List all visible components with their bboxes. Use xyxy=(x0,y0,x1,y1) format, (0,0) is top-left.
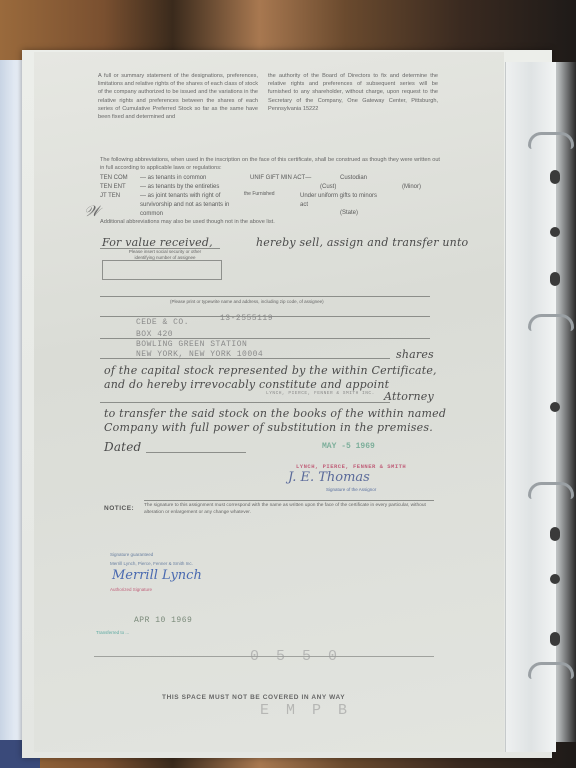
minor-label: (Minor) xyxy=(402,183,421,192)
abbr-code: TEN ENT xyxy=(100,183,126,192)
cust-label: (Cust) xyxy=(320,183,336,192)
hereby-sell-text: hereby sell, assign and transfer unto xyxy=(256,236,468,249)
transfer-text: to transfer the said stock on the books … xyxy=(104,407,446,420)
notice-label: NOTICE: xyxy=(104,505,134,512)
lower-date-stamp: APR 10 1969 xyxy=(134,616,192,625)
punch-hole xyxy=(550,527,560,541)
rights-statement-right: the authority of the Board of Directors … xyxy=(268,72,438,113)
state-label: (State) xyxy=(340,209,358,218)
punch-hole xyxy=(550,402,560,412)
attorney-stamp: LYNCH, PIERCE, FENNER & SMITH INC. xyxy=(266,391,375,396)
assignee-name: CEDE & CO. xyxy=(136,318,189,327)
rule xyxy=(100,358,390,359)
appoint-text: and do hereby irrevocably constitute and… xyxy=(104,378,389,391)
rule xyxy=(100,402,390,403)
date-stamp: MAY -5 1969 xyxy=(322,442,375,451)
perforation-letters: E M P B xyxy=(260,702,351,719)
rights-statement-left: A full or summary statement of the desig… xyxy=(98,72,258,121)
act-label: act xyxy=(300,201,308,210)
rule xyxy=(144,500,434,501)
punch-hole xyxy=(550,170,560,184)
abbr-code: JT TEN xyxy=(100,192,120,201)
binder-ring xyxy=(528,662,574,679)
perforation-numbers: 0 5 5 0 xyxy=(250,648,341,665)
binder-ring xyxy=(528,314,574,331)
punch-hole xyxy=(550,632,560,646)
stock-certificate-back: A full or summary statement of the desig… xyxy=(34,52,504,752)
abbr-meaning: — as tenants by the entireties xyxy=(140,183,219,192)
dated-label: Dated xyxy=(104,440,141,454)
abbr-meaning: — as joint tenants with right of survivo… xyxy=(140,192,240,219)
ssn-caption: Please insert social security or other i… xyxy=(120,249,210,260)
assignee-tax-id: 13-2555119 xyxy=(220,314,273,323)
guarantee-line: Signature guaranteed xyxy=(110,552,210,558)
assignor-signature: J. E. Thomas xyxy=(288,470,370,485)
guarantee-line: Authorized Signature xyxy=(110,586,152,594)
abbr-code: TEN COM xyxy=(100,174,128,183)
binder-rings xyxy=(505,62,556,752)
guarantor-signature: Merrill Lynch xyxy=(112,568,202,583)
punch-hole xyxy=(550,227,560,237)
signature-stamp: LYNCH, PIERCE, FENNER & SMITH xyxy=(296,463,406,470)
attorney-word: Attorney xyxy=(384,390,434,403)
rule xyxy=(100,338,430,339)
abbr-meaning: — as tenants in common xyxy=(140,174,206,183)
notice-text: The signature to this assignment must co… xyxy=(144,503,436,516)
bottom-caption: THIS SPACE MUST NOT BE COVERED IN ANY WA… xyxy=(162,694,345,701)
rule xyxy=(100,296,430,297)
address-caption: (Please print or typewrite name and addr… xyxy=(170,298,324,306)
signature-caption: Signature of the Assignor xyxy=(326,486,376,494)
furnished-note: the Furnished xyxy=(244,190,275,199)
transfer-stamp-text: Transferred to ... xyxy=(96,630,216,636)
unif-gift-label: UNIF GIFT MIN ACT— xyxy=(250,174,311,183)
company-text: Company with full power of substitution … xyxy=(104,421,433,434)
ssn-field[interactable] xyxy=(102,260,222,280)
rule xyxy=(146,452,246,453)
initials-signature: 𝒲 xyxy=(84,202,100,220)
abbreviations-footer: Additional abbreviations may also be use… xyxy=(100,218,275,226)
punch-hole xyxy=(550,574,560,584)
binder-ring xyxy=(528,132,574,149)
capital-stock-text: of the capital stock represented by the … xyxy=(104,364,437,377)
uniform-gifts-label: Under uniform gifts to minors xyxy=(300,192,377,201)
binder-ring xyxy=(528,482,574,499)
guarantee-line: Merrill Lynch, Pierce, Fenner & Smith In… xyxy=(110,560,230,568)
assignee-station: BOWLING GREEN STATION xyxy=(136,340,247,349)
custodian-label: Custodian xyxy=(340,174,367,183)
shares-word: shares xyxy=(396,348,434,361)
abbreviations-intro: The following abbreviations, when used i… xyxy=(100,156,440,172)
punch-hole xyxy=(550,272,560,286)
